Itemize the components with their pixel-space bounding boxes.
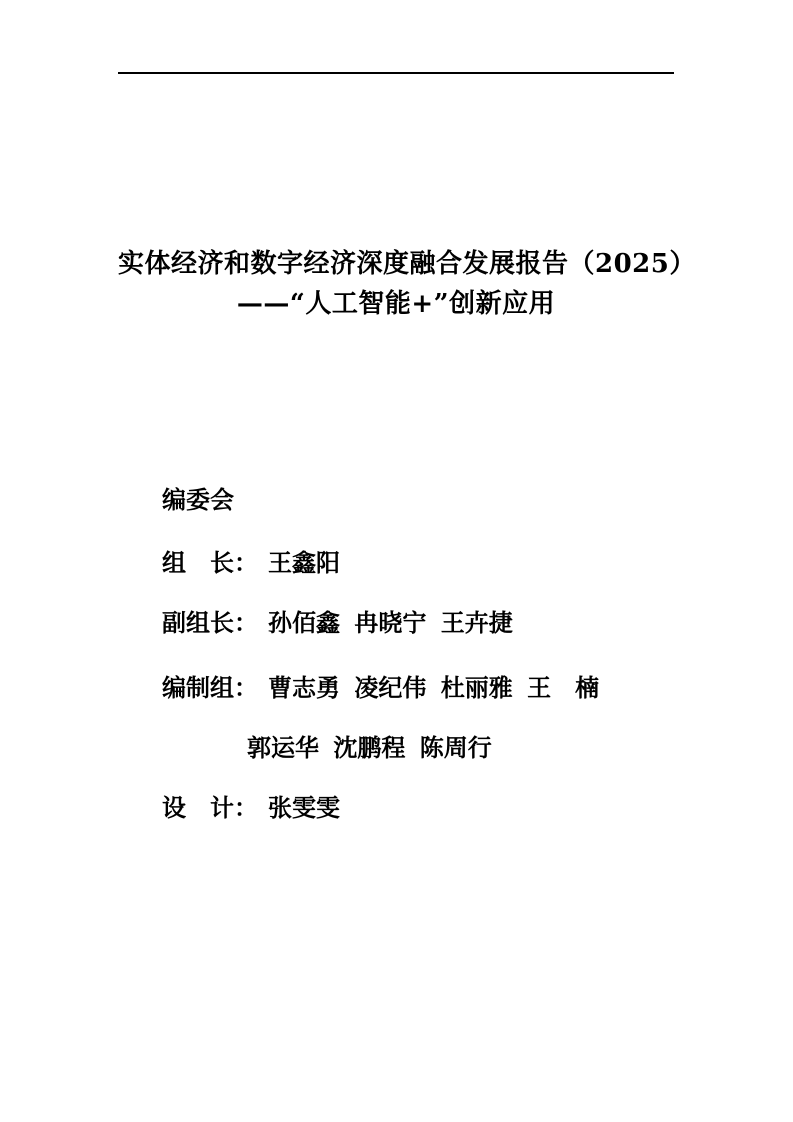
report-title-line1: 实体经济和数字经济深度融合发展报告（2025） xyxy=(118,244,674,284)
committee-row-names: 郭运华 沈鹏程 陈周行 xyxy=(247,733,492,762)
header-rule xyxy=(118,72,674,74)
committee-row-names: 孙佰鑫 冉晓宁 王卉捷 xyxy=(268,608,513,637)
document-page: 实体经济和数字经济深度融合发展报告（2025） ——“人工智能+”创新应用 编委… xyxy=(0,0,793,1122)
committee-row-deputy: 副组长：孙佰鑫 冉晓宁 王卉捷 xyxy=(162,609,513,637)
committee-row-names: 曹志勇 凌纪伟 杜丽雅 王 楠 xyxy=(268,673,599,702)
committee-row-leader: 组 长：王鑫阳 xyxy=(162,549,340,577)
committee-row-label: 编制组： xyxy=(162,674,258,702)
committee-heading: 编委会 xyxy=(162,486,234,514)
committee-row-names: 张雯雯 xyxy=(268,793,340,822)
committee-row-editors-continued: 郭运华 沈鹏程 陈周行 xyxy=(247,734,492,762)
committee-row-label: 组 长： xyxy=(162,549,258,577)
committee-row-editors: 编制组：曹志勇 凌纪伟 杜丽雅 王 楠 xyxy=(162,674,599,702)
report-title: 实体经济和数字经济深度融合发展报告（2025） ——“人工智能+”创新应用 xyxy=(118,244,674,324)
committee-row-design: 设 计：张雯雯 xyxy=(162,794,340,822)
committee-row-names: 王鑫阳 xyxy=(268,548,340,577)
committee-row-label: 副组长： xyxy=(162,609,258,637)
report-title-line2: ——“人工智能+”创新应用 xyxy=(118,284,674,324)
committee-row-label: 设 计： xyxy=(162,794,258,822)
